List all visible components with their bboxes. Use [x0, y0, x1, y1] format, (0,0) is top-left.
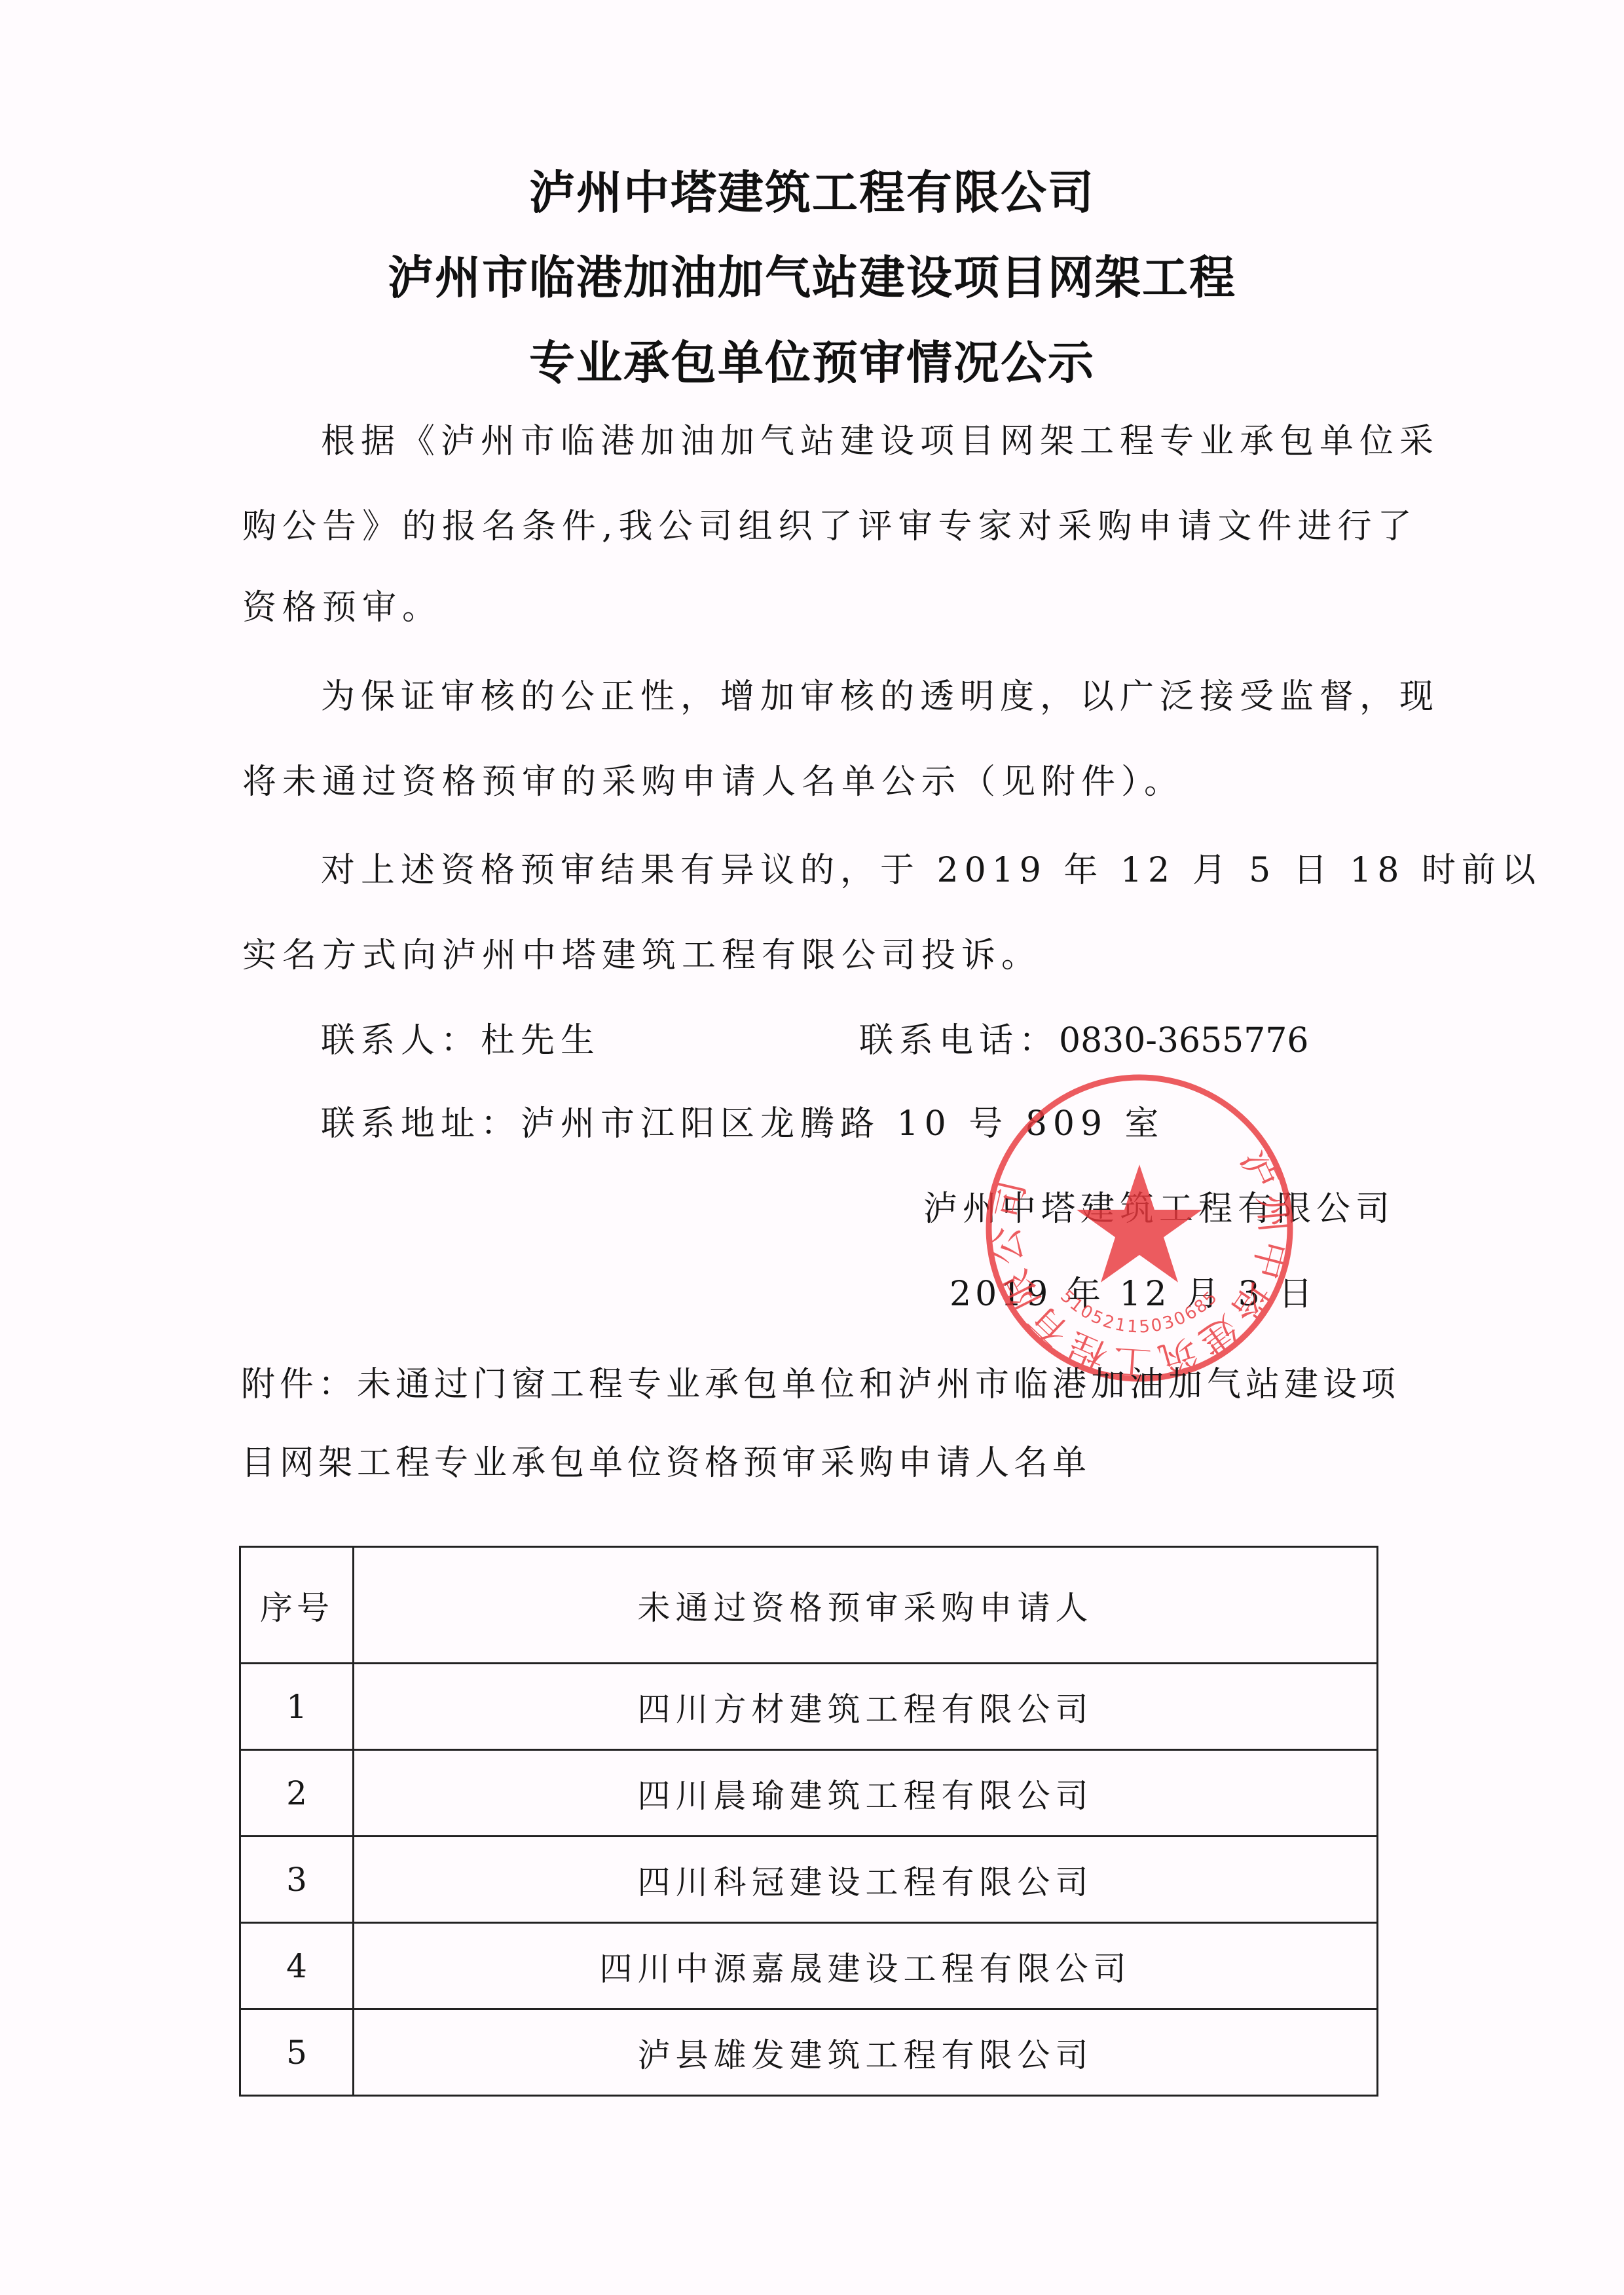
row-index: 3	[240, 1837, 354, 1923]
contact-address: 联系地址：泸州市江阳区龙腾路 10 号 809 室	[321, 1107, 1165, 1141]
table-row: 4 四川中源嘉晟建设工程有限公司	[240, 1923, 1378, 2009]
table-row: 5 泸县雄发建筑工程有限公司	[240, 2009, 1378, 2096]
contact-person-label: 联系人：	[321, 1021, 481, 1060]
contact-person-value: 杜先生	[481, 1021, 600, 1060]
table-row: 3 四川科冠建设工程有限公司	[240, 1837, 1378, 1923]
seal-ring-text: 泸州中塔建筑工程有限公司	[982, 1143, 1297, 1386]
document-title-project: 泸州市临港加油加气站建设项目网架工程	[0, 241, 1624, 307]
row-applicant-name: 四川中源嘉晟建设工程有限公司	[354, 1923, 1378, 2009]
contact-phone-label: 联系电话：	[859, 1021, 1059, 1060]
row-applicant-name: 四川晨瑜建筑工程有限公司	[354, 1750, 1378, 1837]
paragraph-line: 购公告》的报名条件,我公司组织了评审专家对采购申请文件进行了	[242, 510, 1418, 544]
contact-address-value: 泸州市江阳区龙腾路 10 号 809 室	[521, 1104, 1165, 1144]
row-index: 1	[240, 1664, 354, 1750]
row-applicant-name: 泸县雄发建筑工程有限公司	[354, 2009, 1378, 2096]
column-header-index: 序号	[240, 1547, 354, 1664]
failed-applicants-table: 序号 未通过资格预审采购申请人 1 四川方材建筑工程有限公司 2 四川晨瑜建筑工…	[239, 1546, 1378, 2097]
paragraph-line: 资格预审。	[242, 591, 442, 625]
table-header-row: 序号 未通过资格预审采购申请人	[240, 1547, 1378, 1664]
table-row: 1 四川方材建筑工程有限公司	[240, 1664, 1378, 1750]
contact-address-label: 联系地址：	[321, 1104, 521, 1144]
row-applicant-name: 四川方材建筑工程有限公司	[354, 1664, 1378, 1750]
row-index: 5	[240, 2009, 354, 2096]
paragraph-line: 根据《泸州市临港加油加气站建设项目网架工程专业承包单位采	[321, 424, 1439, 458]
row-index: 4	[240, 1923, 354, 2009]
paragraph-line: 对上述资格预审结果有异议的，于 2019 年 12 月 5 日 18 时前以	[321, 853, 1541, 887]
signature-date: 2019 年 12 月 3 日	[950, 1277, 1316, 1311]
row-applicant-name: 四川科冠建设工程有限公司	[354, 1837, 1378, 1923]
signature-company: 泸州中塔建筑工程有限公司	[923, 1192, 1395, 1226]
contact-phone-value: 0830-3655776	[1059, 1021, 1309, 1060]
column-header-applicant: 未通过资格预审采购申请人	[354, 1547, 1378, 1664]
paragraph-line: 为保证审核的公正性，增加审核的透明度，以广泛接受监督，现	[321, 680, 1439, 714]
attachment-line: 目网架工程专业承包单位资格预审采购申请人名单	[241, 1446, 1091, 1480]
paragraph-line: 将未通过资格预审的采购申请人名单公示（见附件）。	[242, 765, 1184, 799]
attachment-line: 附件：未通过门窗工程专业承包单位和泸州市临港加油加气站建设项	[241, 1368, 1400, 1402]
contact-phone: 联系电话：0830-3655776	[859, 1024, 1309, 1058]
paragraph-line: 实名方式向泸州中塔建筑工程有限公司投诉。	[242, 939, 1041, 973]
row-index: 2	[240, 1750, 354, 1837]
contact-person: 联系人：杜先生	[321, 1024, 600, 1058]
document-title-company: 泸州中塔建筑工程有限公司	[0, 156, 1624, 222]
document-title-subject: 专业承包单位预审情况公示	[0, 326, 1624, 392]
table-row: 2 四川晨瑜建筑工程有限公司	[240, 1750, 1378, 1837]
